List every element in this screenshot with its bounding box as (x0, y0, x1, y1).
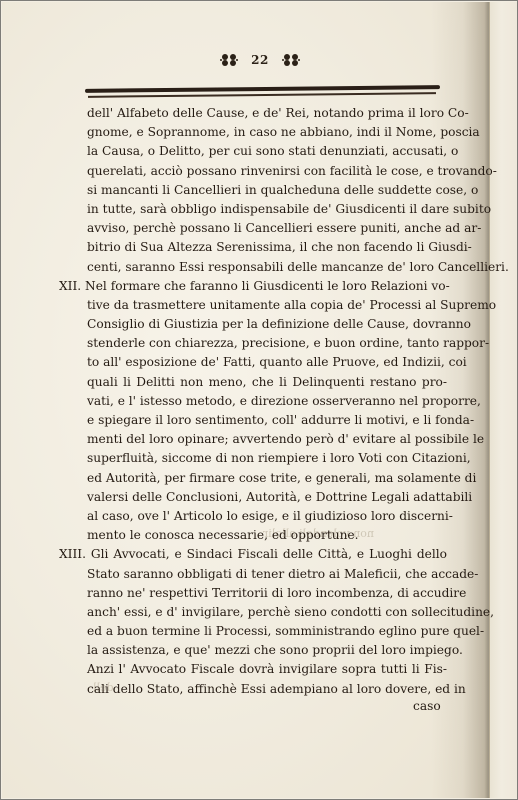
text-line-paragraph-end: mento le conosca necessarie, ed opportun… (87, 526, 447, 545)
text-line: si mancanti li Cancellieri in qualchedun… (87, 181, 447, 200)
text-line: in tutte, sarà obbligo indispensabile de… (87, 200, 447, 219)
text-line: ranno ne' respettivi Territorii di loro … (87, 584, 447, 603)
text-line: dell' Alfabeto delle Cause, e de' Rei, n… (87, 104, 447, 123)
text-line: e spiegare il loro sentimento, coll' add… (87, 411, 447, 430)
page-number: 22 (251, 53, 269, 67)
header-double-rule (85, 87, 440, 99)
scanned-page-frame: non volendoli allolir dell 22 dell' Alfa… (0, 0, 518, 800)
text-line: tive da trasmettere unitamente alla copi… (87, 296, 447, 315)
text-line: bitrio di Sua Altezza Serenissima, il ch… (87, 238, 447, 257)
body-text: dell' Alfabeto delle Cause, e de' Rei, n… (87, 104, 447, 699)
text-line: valersi delle Conclusioni, Autorità, e D… (87, 488, 447, 507)
fleuron-ornament-icon (282, 53, 300, 67)
article-xiii-start: XIII. Gli Avvocati, e Sindaci Fiscali de… (59, 545, 447, 564)
text-line: superfluità, siccome di non riempiere i … (87, 449, 447, 468)
catchword: caso (413, 699, 441, 713)
text-line: ed a buon termine li Processi, somminist… (87, 622, 447, 641)
running-header: 22 (1, 49, 518, 68)
text-line: Stato saranno obbligati di tener dietro … (87, 565, 447, 584)
text-line: al caso, ove l' Articolo lo esige, e il … (87, 507, 447, 526)
text-line: cali dello Stato, affinchè Essi adempian… (87, 680, 447, 699)
text-line: anch' essi, e d' invigilare, perchè sien… (87, 603, 447, 622)
text-line: stenderle con chiarezza, precisione, e b… (87, 334, 447, 353)
text-line: to all' esposizione de' Fatti, quanto al… (87, 353, 447, 372)
adjacent-page-edge (489, 2, 518, 798)
article-xii-start: XII. Nel formare che faranno li Giusdice… (59, 277, 447, 296)
text-line: querelati, acciò possano rinvenirsi con … (87, 162, 447, 181)
text-line: ed Autorità, per firmare cose trite, e g… (87, 469, 447, 488)
text-line: Anzi l' Avvocato Fiscale dovrà invigilar… (87, 660, 447, 679)
text-line: gnome, e Soprannome, in caso ne abbiano,… (87, 123, 447, 142)
text-line: avviso, perchè possano li Cancellieri es… (87, 219, 447, 238)
fleuron-ornament-icon (220, 53, 238, 67)
text-line: vati, e l' istesso metodo, e direzione o… (87, 392, 447, 411)
text-line: quali li Delitti non meno, che li Delinq… (87, 373, 447, 392)
rule-thin-line (88, 92, 436, 98)
text-line: centi, saranno Essi responsabili delle m… (87, 258, 447, 277)
text-line: Consiglio di Giustizia per la definizion… (87, 315, 447, 334)
text-line: la Causa, o Delitto, per cui sono stati … (87, 142, 447, 161)
text-line: la assistenza, e que' mezzi che sono pro… (87, 641, 447, 660)
text-line: menti del loro opinare; avvertendo però … (87, 430, 447, 449)
